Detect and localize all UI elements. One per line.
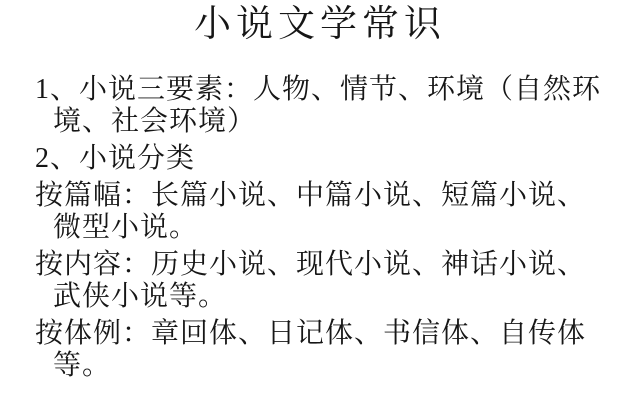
bullet-line-continuation: 微型小说。 <box>53 212 640 244</box>
bullet-item-by-length: 按篇幅：长篇小说、中篇小说、短篇小说、 微型小说。 <box>0 180 640 244</box>
bullet-item-by-form: 按体例：章回体、日记体、书信体、自传体 等。 <box>0 318 640 382</box>
bullet-item-by-content: 按内容：历史小说、现代小说、神话小说、 武侠小说等。 <box>0 249 640 313</box>
bullet-line: 2、小说分类 <box>35 143 640 175</box>
bullet-line-continuation: 境、社会环境） <box>53 106 640 138</box>
bullet-line-continuation: 武侠小说等。 <box>53 281 640 313</box>
bullet-item-novel-categories: 2、小说分类 <box>0 143 640 175</box>
bullet-line: 按篇幅：长篇小说、中篇小说、短篇小说、 <box>35 180 640 212</box>
slide-body: 1、小说三要素：人物、情节、环境（自然环 境、社会环境） 2、小说分类 按篇幅：… <box>0 74 640 382</box>
slide-title: 小说文学常识 <box>0 0 640 48</box>
bullet-line: 1、小说三要素：人物、情节、环境（自然环 <box>35 74 640 106</box>
presentation-slide: 小说文学常识 1、小说三要素：人物、情节、环境（自然环 境、社会环境） 2、小说… <box>0 0 640 400</box>
bullet-line: 按体例：章回体、日记体、书信体、自传体 <box>35 318 640 350</box>
bullet-line: 按内容：历史小说、现代小说、神话小说、 <box>35 249 640 281</box>
bullet-item-novel-elements: 1、小说三要素：人物、情节、环境（自然环 境、社会环境） <box>0 74 640 138</box>
bullet-line-continuation: 等。 <box>53 350 640 382</box>
